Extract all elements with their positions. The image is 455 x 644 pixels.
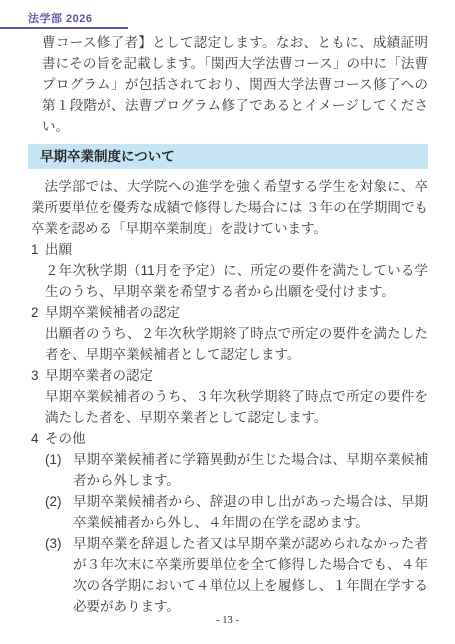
header-underline — [0, 27, 128, 29]
document-page: 法学部 2026 曹コース修了者】として認定します。なお、ともに、成績証明書にそ… — [0, 0, 455, 644]
list-item: 3早期卒業者の認定 早期卒業候補者のうち、３年次秋学期終了時点で所定の要件を満た… — [28, 365, 428, 428]
intro-paragraph: 曹コース修了者】として認定します。なお、ともに、成績証明書にその旨を記載します。… — [42, 32, 428, 137]
list-item-title: 早期卒業候補者の認定 — [45, 305, 180, 320]
list-subitem: (2) 早期卒業候補者から、辞退の申し出があった場合は、早期卒業候補者から外し、… — [45, 491, 428, 533]
section-heading-text: 早期卒業制度について — [40, 146, 175, 167]
list-item: 2早期卒業候補者の認定 出願者のうち、２年次秋学期終了時点で所定の要件を満たした… — [28, 302, 428, 365]
list-item-number: 3 — [31, 365, 45, 386]
list-item-head: 4その他 — [31, 428, 428, 449]
list-item: 1出願 ２年次秋学期（11月を予定）に、所定の要件を満たしている学生のうち、早期… — [28, 239, 428, 302]
subitem-text: 早期卒業を辞退した者又は早期卒業が認められなかった者が３年次末に卒業所要単位を全… — [73, 533, 428, 617]
list-item-head: 1出願 — [31, 239, 428, 260]
section-heading-bar: 早期卒業制度について — [28, 144, 428, 169]
subitem-marker: (3) — [45, 533, 62, 554]
list-item-number: 1 — [31, 239, 45, 260]
list-item-body: ２年次秋学期（11月を予定）に、所定の要件を満たしている学生のうち、早期卒業を希… — [45, 260, 428, 302]
page-number: - 13 - — [216, 615, 239, 626]
page-footer: - 13 - — [0, 615, 455, 626]
list-item: 4その他 (1) 早期卒業候補者に学籍異動が生じた場合は、早期卒業候補者から外し… — [28, 428, 428, 617]
list-item-body: 出願者のうち、２年次秋学期終了時点で所定の要件を満たした者を、早期卒業候補者とし… — [45, 323, 428, 365]
subitem-marker: (1) — [45, 449, 62, 470]
list-item-title: その他 — [45, 431, 86, 446]
running-header: 法学部 2026 — [0, 0, 455, 32]
list-item-title: 早期卒業者の認定 — [45, 368, 153, 383]
subitem-text: 早期卒業候補者から、辞退の申し出があった場合は、早期卒業候補者から外し、４年間の… — [73, 491, 428, 533]
list-item-head: 3早期卒業者の認定 — [31, 365, 428, 386]
list-item-head: 2早期卒業候補者の認定 — [31, 302, 428, 323]
list-item-number: 4 — [31, 428, 45, 449]
header-label: 法学部 2026 — [28, 10, 93, 26]
list-item-number: 2 — [31, 302, 45, 323]
subitem-text: 早期卒業候補者に学籍異動が生じた場合は、早期卒業候補者から外します。 — [73, 449, 428, 491]
list-item-title: 出願 — [45, 242, 72, 257]
list-subitem: (3) 早期卒業を辞退した者又は早期卒業が認められなかった者が３年次末に卒業所要… — [45, 533, 428, 617]
section-lead-paragraph: 法学部では、大学院への進学を強く希望する学生を対象に、卒業所要単位を優秀な成績で… — [31, 176, 428, 239]
list-item-body: 早期卒業候補者のうち、３年次秋学期終了時点で所定の要件を満たした者を、早期卒業者… — [45, 386, 428, 428]
subitem-marker: (2) — [45, 491, 62, 512]
list-subitem: (1) 早期卒業候補者に学籍異動が生じた場合は、早期卒業候補者から外します。 — [45, 449, 428, 491]
page-content: 曹コース修了者】として認定します。なお、ともに、成績証明書にその旨を記載します。… — [28, 32, 428, 617]
